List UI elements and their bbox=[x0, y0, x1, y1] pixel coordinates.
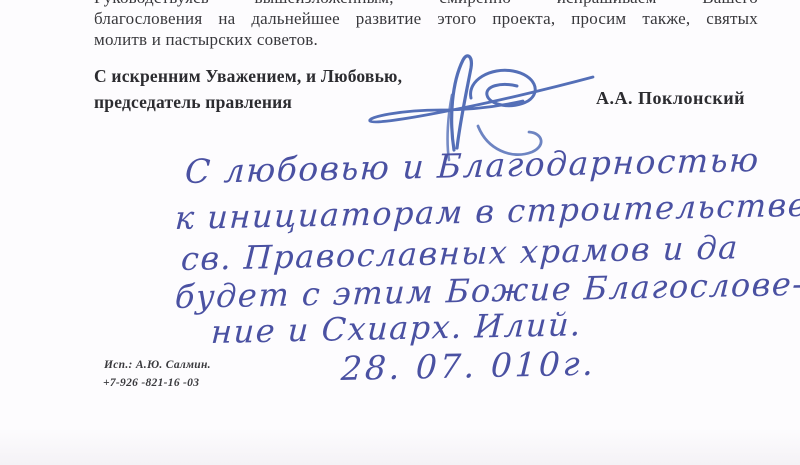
handwritten-line: С любовью и Благодарностью bbox=[184, 140, 761, 191]
signer-name: А.А. Поклонский bbox=[596, 88, 745, 109]
executor-name: Исп.: А.Ю. Салмин. bbox=[104, 359, 211, 371]
paragraph-line: молитв и пастырских советов. bbox=[94, 29, 758, 50]
handwritten-date: 28. 07. 010г. bbox=[340, 344, 597, 388]
executor-phone: +7-926 -821-16 -03 bbox=[103, 377, 199, 389]
paragraph-line-cut: Руководствуясь вышеизложенным, смиренно … bbox=[94, 0, 758, 8]
letter-body-paragraph: Руководствуясь вышеизложенным, смиренно … bbox=[94, 0, 758, 50]
scanned-letter-page: Руководствуясь вышеизложенным, смиренно … bbox=[0, 0, 800, 465]
paragraph-line: благословения на дальнейшее развитие это… bbox=[94, 8, 758, 29]
closing-title: председатель правления bbox=[94, 92, 292, 113]
closing-salutation: С искренним Уважением, и Любовью, bbox=[94, 66, 402, 87]
